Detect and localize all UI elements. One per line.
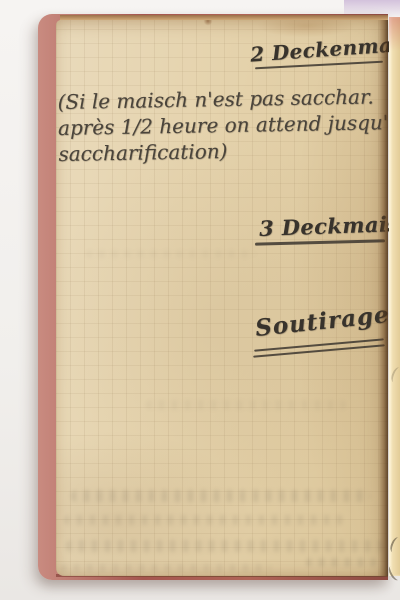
facing-page-edge — [389, 17, 400, 576]
note-line-3: saccharification) — [58, 135, 400, 167]
facing-page-ink-mark — [388, 536, 400, 554]
ghost-writing-smudge — [71, 490, 371, 502]
facing-page-ink-mark — [389, 366, 400, 384]
scan-background: { "document": { "headings": [ { "text": … — [0, 0, 400, 600]
ghost-writing-smudge — [86, 250, 256, 258]
handwritten-note: (Si le maisch n'est pas sacchar. après 1… — [57, 83, 400, 167]
ghost-writing-smudge — [306, 558, 376, 567]
heading-3-underline-bottom — [253, 344, 385, 357]
ghost-writing-smudge — [64, 515, 344, 525]
notebook: 2 Deckenmaisch (Si le maisch n'est pas s… — [38, 14, 388, 580]
page-gutter-shadow — [378, 20, 388, 576]
ghost-writing-smudge — [146, 400, 346, 410]
handwritten-heading-3: Soutirage — [254, 301, 391, 342]
ghost-writing-smudge — [61, 564, 271, 572]
ghost-writing-smudge — [66, 540, 384, 552]
notebook-page: 2 Deckenmaisch (Si le maisch n'est pas s… — [56, 20, 388, 576]
facing-page-red-edge — [389, 17, 400, 51]
facing-page-ink-mark — [387, 564, 400, 582]
